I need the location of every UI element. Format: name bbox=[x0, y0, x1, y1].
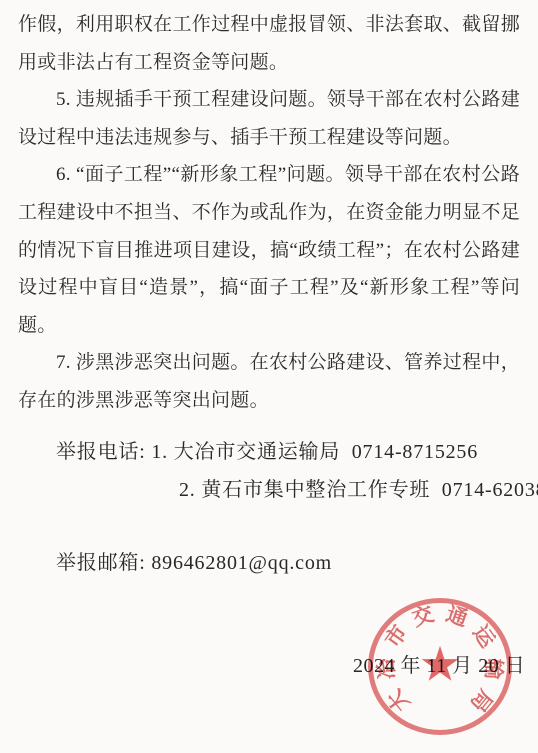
document-body-text: 作假，利用职权在工作过程中虚报冒领、非法套取、截留挪用或非法占有工程资金等问题。… bbox=[0, 0, 538, 420]
seal-char: 输 bbox=[482, 657, 504, 679]
report-phone-line-1: 举报电话: 1. 大冶市交通运输局 0714-8715256 bbox=[56, 439, 478, 465]
star-icon: ★ bbox=[418, 640, 461, 688]
report-phone-label: 举报电话: bbox=[56, 441, 151, 463]
official-seal: ★ 大 冶 市 交 通 运 输 局 bbox=[368, 598, 512, 735]
report-email-value: 896462801@qq.com bbox=[151, 552, 332, 574]
report-email-label: 举报邮箱: bbox=[56, 552, 151, 574]
report-phone-item-1: 1. 大冶市交通运输局 0714-8715256 bbox=[151, 441, 478, 463]
report-phone-line-2: 2. 黄石市集中整治工作专班 0714-6203868 bbox=[179, 477, 538, 503]
report-phone-item-2: 2. 黄石市集中整治工作专班 0714-6203868 bbox=[179, 479, 538, 501]
document-page: 作假，利用职权在工作过程中虚报冒领、非法套取、截留挪用或非法占有工程资金等问题。… bbox=[0, 0, 538, 753]
seal-char: 冶 bbox=[376, 657, 398, 679]
paragraph-item-6: 6. “面子工程”“新形象工程”问题。领导干部在农村公路工程建设中不担当、不作为… bbox=[18, 156, 520, 344]
report-email-line: 举报邮箱: 896462801@qq.com bbox=[56, 550, 332, 576]
paragraph-item-5: 5. 违规插手干预工程建设问题。领导干部在农村公路建设过程中违法违规参与、插手干… bbox=[18, 81, 520, 156]
paragraph-continuation: 作假，利用职权在工作过程中虚报冒领、非法套取、截留挪用或非法占有工程资金等问题。 bbox=[18, 6, 520, 81]
paragraph-item-7: 7. 涉黑涉恶突出问题。在农村公路建设、管养过程中，存在的涉黑涉恶等突出问题。 bbox=[18, 344, 520, 419]
